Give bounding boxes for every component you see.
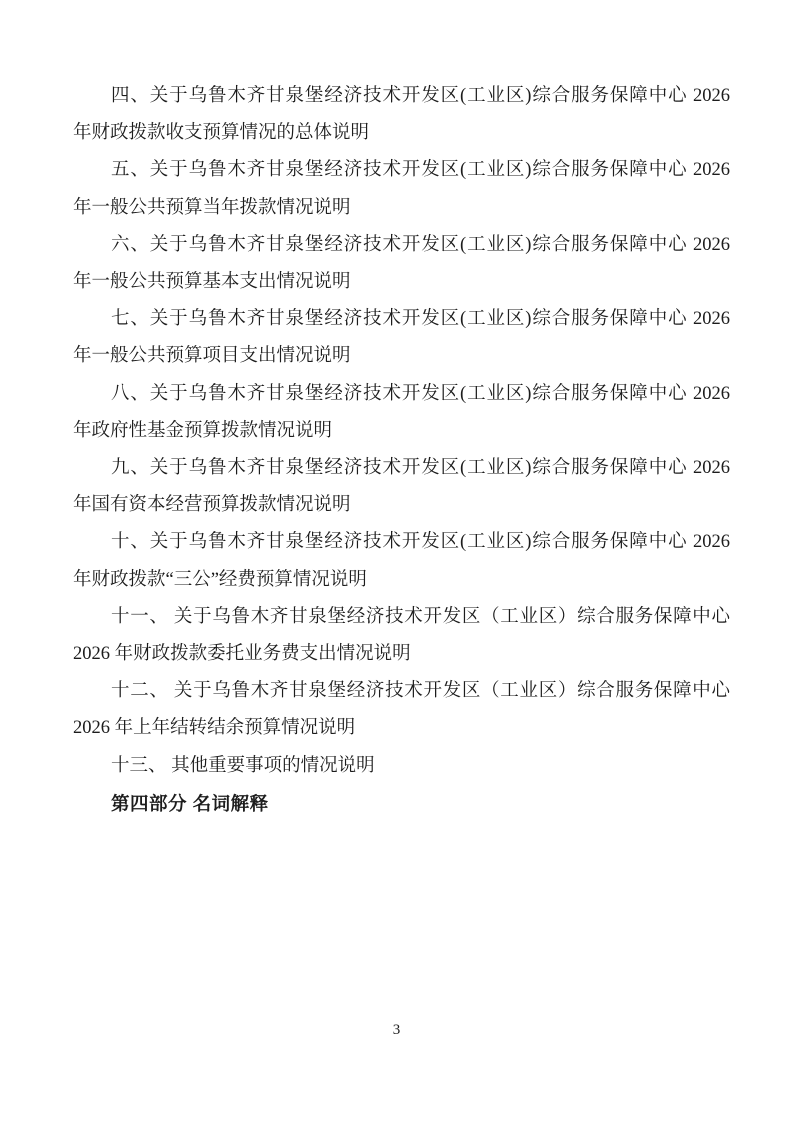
toc-item-line: 年国有资本经营预算拨款情况说明	[73, 487, 730, 524]
toc-item: 五、关于乌鲁木齐甘泉堡经济技术开发区(工业区)综合服务保障中心 2026 年一般…	[73, 152, 730, 226]
toc-item-line: 2026 年上年结转结余预算情况说明	[73, 710, 730, 747]
toc-item-line: 年财政拨款收支预算情况的总体说明	[73, 115, 730, 152]
toc-item-line: 十一、 关于乌鲁木齐甘泉堡经济技术开发区（工业区）综合服务保障中心	[73, 599, 730, 636]
document-page: 四、关于乌鲁木齐甘泉堡经济技术开发区(工业区)综合服务保障中心 2026 年财政…	[0, 0, 793, 1122]
toc-item: 六、关于乌鲁木齐甘泉堡经济技术开发区(工业区)综合服务保障中心 2026 年一般…	[73, 227, 730, 301]
toc-item-line: 六、关于乌鲁木齐甘泉堡经济技术开发区(工业区)综合服务保障中心 2026	[73, 227, 730, 264]
toc-item: 四、关于乌鲁木齐甘泉堡经济技术开发区(工业区)综合服务保障中心 2026 年财政…	[73, 78, 730, 152]
toc-item-line: 年政府性基金预算拨款情况说明	[73, 413, 730, 450]
toc-item-line: 八、关于乌鲁木齐甘泉堡经济技术开发区(工业区)综合服务保障中心 2026	[73, 376, 730, 413]
toc-item: 十一、 关于乌鲁木齐甘泉堡经济技术开发区（工业区）综合服务保障中心 2026 年…	[73, 599, 730, 673]
toc-item-line: 十三、 其他重要事项的情况说明	[73, 748, 730, 785]
toc-item-line: 年一般公共预算项目支出情况说明	[73, 338, 730, 375]
page-number: 3	[0, 1022, 793, 1039]
toc-item: 十、关于乌鲁木齐甘泉堡经济技术开发区(工业区)综合服务保障中心 2026 年财政…	[73, 524, 730, 598]
toc-item-line: 年一般公共预算当年拨款情况说明	[73, 190, 730, 227]
toc-item: 八、关于乌鲁木齐甘泉堡经济技术开发区(工业区)综合服务保障中心 2026 年政府…	[73, 376, 730, 450]
toc-item: 七、关于乌鲁木齐甘泉堡经济技术开发区(工业区)综合服务保障中心 2026 年一般…	[73, 301, 730, 375]
toc-content: 四、关于乌鲁木齐甘泉堡经济技术开发区(工业区)综合服务保障中心 2026 年财政…	[73, 78, 730, 822]
toc-item-line: 十、关于乌鲁木齐甘泉堡经济技术开发区(工业区)综合服务保障中心 2026	[73, 524, 730, 561]
toc-item-line: 五、关于乌鲁木齐甘泉堡经济技术开发区(工业区)综合服务保障中心 2026	[73, 152, 730, 189]
toc-item: 十二、 关于乌鲁木齐甘泉堡经济技术开发区（工业区）综合服务保障中心 2026 年…	[73, 673, 730, 747]
section-heading: 第四部分 名词解释	[73, 785, 730, 822]
toc-item: 九、关于乌鲁木齐甘泉堡经济技术开发区(工业区)综合服务保障中心 2026 年国有…	[73, 450, 730, 524]
toc-item-line: 七、关于乌鲁木齐甘泉堡经济技术开发区(工业区)综合服务保障中心 2026	[73, 301, 730, 338]
toc-item-line: 年财政拨款“三公”经费预算情况说明	[73, 562, 730, 599]
toc-item-line: 年一般公共预算基本支出情况说明	[73, 264, 730, 301]
toc-item-line: 2026 年财政拨款委托业务费支出情况说明	[73, 636, 730, 673]
toc-item-line: 九、关于乌鲁木齐甘泉堡经济技术开发区(工业区)综合服务保障中心 2026	[73, 450, 730, 487]
toc-item-line: 四、关于乌鲁木齐甘泉堡经济技术开发区(工业区)综合服务保障中心 2026	[73, 78, 730, 115]
toc-item-line: 十二、 关于乌鲁木齐甘泉堡经济技术开发区（工业区）综合服务保障中心	[73, 673, 730, 710]
toc-item: 十三、 其他重要事项的情况说明	[73, 748, 730, 785]
